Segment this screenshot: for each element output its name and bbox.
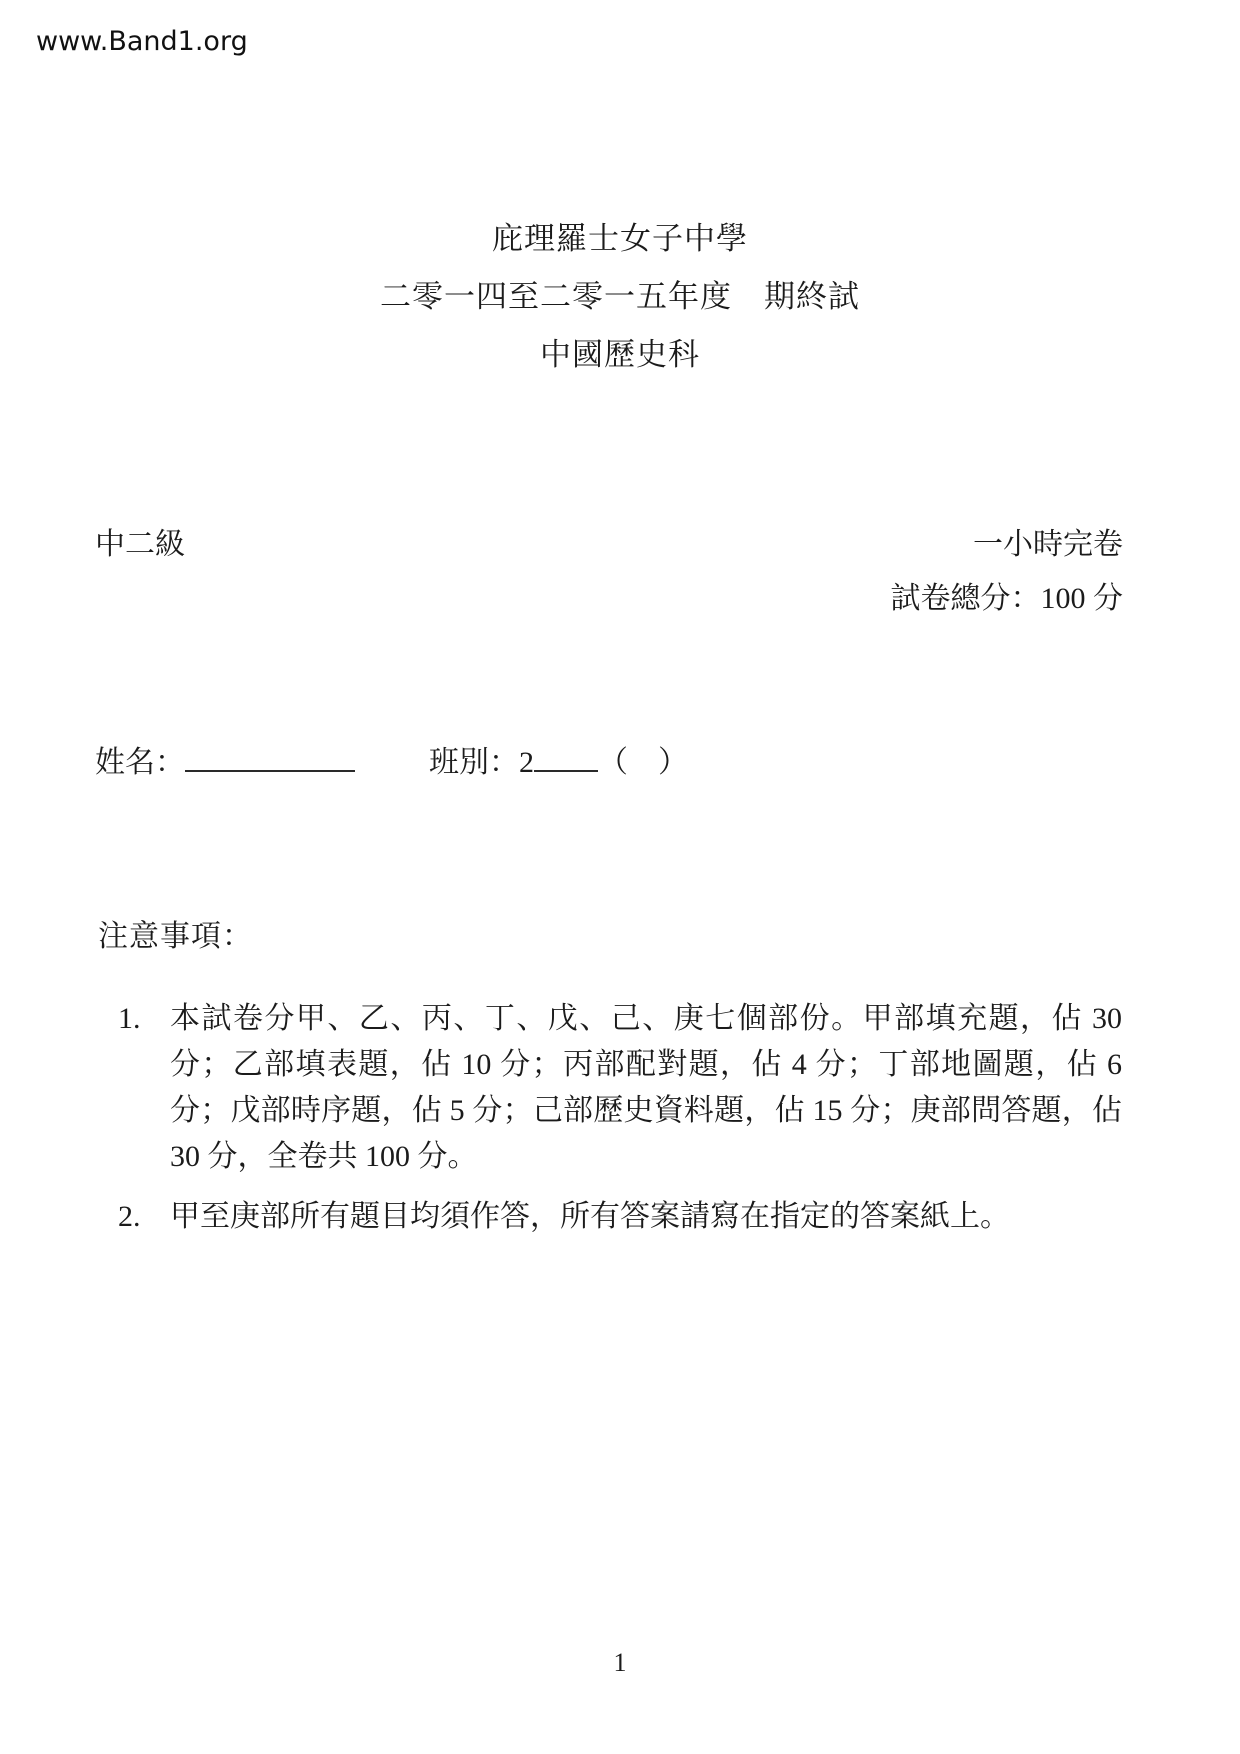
total-marks-row: 試卷總分：100 分 xyxy=(95,582,1123,616)
meta-row: 中二級 一小時完卷 xyxy=(95,528,1123,562)
class-label: 班別： xyxy=(429,746,519,779)
notes-heading: 注意事項： xyxy=(98,920,253,954)
subject-name: 中國歷史科 xyxy=(0,338,1240,372)
exam-session: 二零一四至二零一五年度 期終試 xyxy=(0,280,1240,314)
note-item-1-number: 1. xyxy=(118,996,170,1180)
note-item-2-text: 甲至庚部所有題目均須作答，所有答案請寫在指定的答案紙上。 xyxy=(170,1194,1122,1240)
site-watermark: www.Band1.org xyxy=(36,26,248,57)
name-label: 姓名： xyxy=(95,746,185,779)
note-item-1-text: 本試卷分甲、乙、丙、丁、戊、己、庚七個部份。甲部填充題，佔 30 分；乙部填表題… xyxy=(170,996,1122,1180)
title-block: 庇理羅士女子中學 二零一四至二零一五年度 期終試 中國歷史科 xyxy=(0,222,1240,396)
grade-level: 中二級 xyxy=(95,528,185,562)
name-blank-line xyxy=(185,740,355,772)
note-item-2: 2. 甲至庚部所有題目均須作答，所有答案請寫在指定的答案紙上。 xyxy=(118,1194,1122,1240)
notes-list: 1. 本試卷分甲、乙、丙、丁、戊、己、庚七個部份。甲部填充題，佔 30 分；乙部… xyxy=(118,996,1122,1240)
student-info-row: 姓名：班別：2（ ） xyxy=(95,740,1123,780)
note-item-1: 1. 本試卷分甲、乙、丙、丁、戊、己、庚七個部份。甲部填充題，佔 30 分；乙部… xyxy=(118,996,1122,1180)
class-prefix: 2 xyxy=(519,746,534,779)
total-marks: 試卷總分：100 分 xyxy=(891,582,1124,615)
school-name: 庇理羅士女子中學 xyxy=(0,222,1240,256)
note-item-2-number: 2. xyxy=(118,1194,170,1240)
page-number: 1 xyxy=(0,1648,1240,1678)
class-blank-line xyxy=(534,740,598,772)
exam-paper-page: www.Band1.org 庇理羅士女子中學 二零一四至二零一五年度 期終試 中… xyxy=(0,0,1240,1754)
class-number-brackets: （ ） xyxy=(598,746,688,779)
time-allowed: 一小時完卷 xyxy=(973,528,1123,562)
